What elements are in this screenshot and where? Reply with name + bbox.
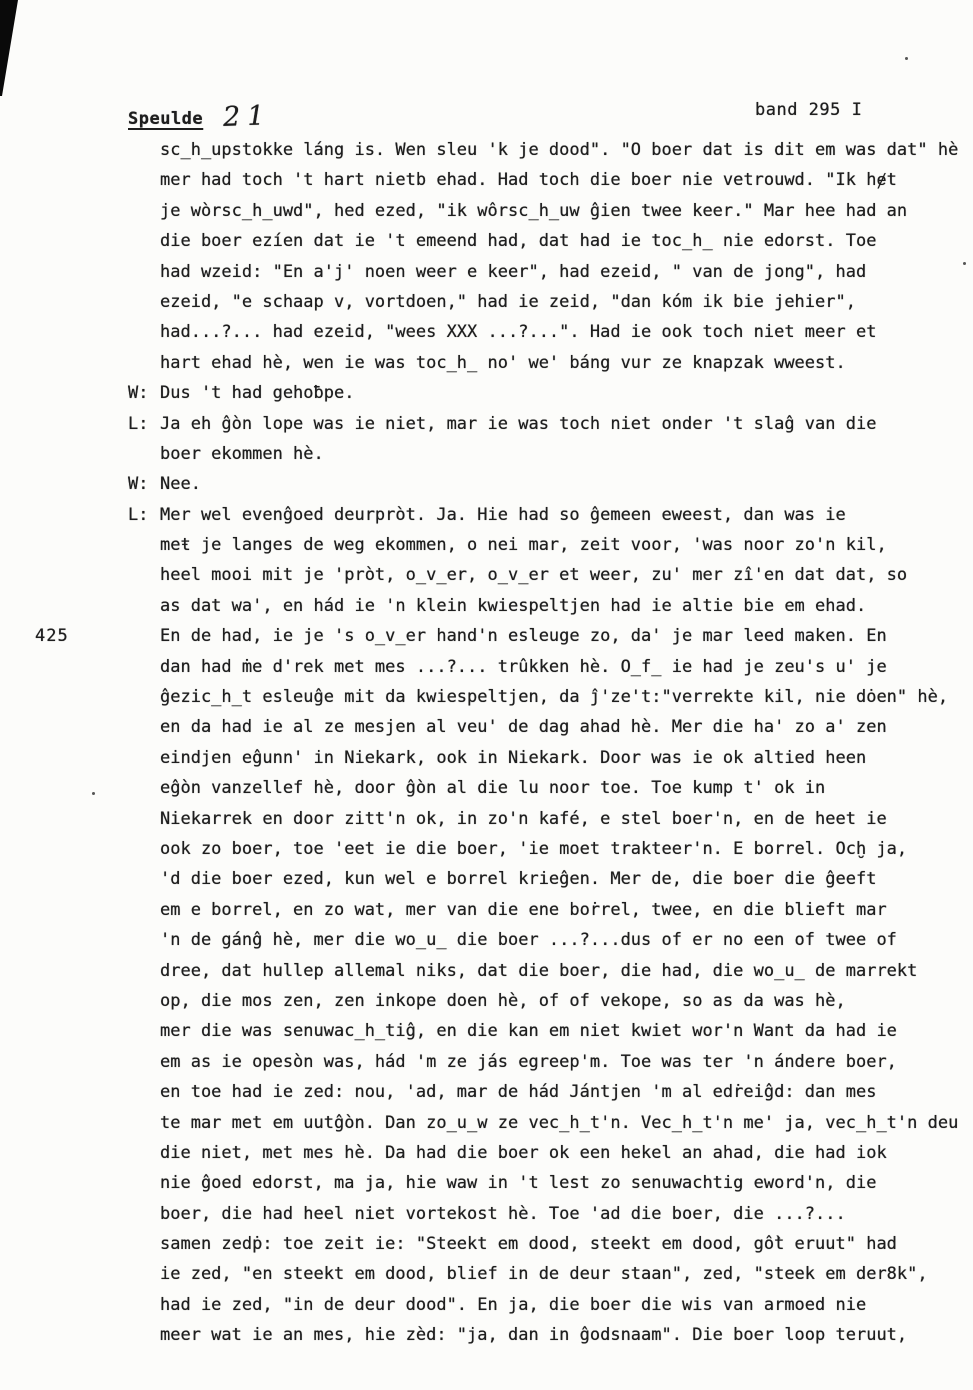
speaker-turn: L:Mer wel evenĝoed deurpròt. Ja. Hie had… [128, 500, 973, 1351]
line-text: had wzeid: "En a'j' noen weer e keer", h… [160, 262, 866, 282]
transcript-line: en da had ie al ze mesjen al veu' de dag… [128, 712, 973, 742]
transcript-line: te mar met em uutĝòn. Dan zo̲u̲w ze vec̲… [128, 1108, 973, 1138]
line-text: Nee. [160, 474, 201, 494]
line-text: op, die mos zen, zen inkope doen hè, of … [160, 991, 846, 1011]
scan-speck [92, 792, 95, 795]
line-text: ĝezic̲h̲t esleuĝe mit da kwiespeltjen, d… [160, 687, 948, 707]
transcript-line: L:Mer wel evenĝoed deurpròt. Ja. Hie had… [128, 500, 973, 530]
transcript-line: W:Dus 't had gehoƀpe. [128, 378, 973, 408]
scan-speck [905, 57, 908, 60]
line-text: nie ĝoed edorst, ma ja, hie waw in 't le… [160, 1173, 876, 1193]
transcript-line: 'n de gánĝ hè, mer die wo̲u̲ die boer ..… [128, 925, 973, 955]
line-text: boer, die had heel niet vortekost hè. To… [160, 1204, 846, 1224]
scanned-document-page: Speulde21 band 295 I sc̲h̲upstokke láng … [0, 0, 973, 1390]
line-text: 'd die boer ezed, kun wel e borrel krieĝ… [160, 869, 876, 889]
margin-line-number: 425 [35, 621, 69, 651]
speaker-turn: L:Ja eh ĝòn lope was ie niet, mar ie was… [128, 409, 973, 470]
transcript-line: ie zed, "en steekt em dood, blief in de … [128, 1259, 973, 1289]
line-text: mer had toch 't hart nietb ehad. Had toc… [160, 170, 897, 190]
line-text: die niet, met mes hè. Da had die boer ok… [160, 1143, 887, 1163]
transcript-line: as dat wa', en hád ie 'n klein kwiespelt… [128, 591, 973, 621]
transcript-line: mer had toch 't hart nietb ehad. Had toc… [128, 165, 973, 195]
line-text: meer wat ie an mes, hie zèd: "ja, dan in… [160, 1325, 907, 1345]
line-text: em e borrel, en zo wat, mer van die ene … [160, 900, 887, 920]
transcript-line: 'd die boer ezed, kun wel e borrel krieĝ… [128, 864, 973, 894]
line-text: Mer wel evenĝoed deurpròt. Ja. Hie had s… [160, 505, 846, 525]
transcript-line: L:Ja eh ĝòn lope was ie niet, mar ie was… [128, 409, 973, 439]
line-text: eindjen eĝunn' in Niekark, ook in Niekar… [160, 748, 866, 768]
transcript-line: heel mooi mit je 'pròt, o̲v̲er, o̲v̲er e… [128, 560, 973, 590]
line-text: je wòrsc̲h̲uwd", hed ezed, "ik wôrsc̲h̲u… [160, 201, 907, 221]
transcript-line: meer wat ie an mes, hie zèd: "ja, dan in… [128, 1320, 973, 1350]
transcript-line: had ie zed, "in de deur dood". En ja, di… [128, 1290, 973, 1320]
header-page-number-handwritten: 21 [223, 100, 272, 133]
transcript-line: op, die mos zen, zen inkope doen hè, of … [128, 986, 973, 1016]
transcript-line: nie ĝoed edorst, ma ja, hie waw in 't le… [128, 1168, 973, 1198]
line-text: 'n de gánĝ hè, mer die wo̲u̲ die boer ..… [160, 930, 897, 950]
line-text: mer die was senuwac̲h̲tiĝ, en die kan em… [160, 1021, 897, 1041]
line-text: had ie zed, "in de deur dood". En ja, di… [160, 1295, 866, 1315]
line-text: heel mooi mit je 'pròt, o̲v̲er, o̲v̲er e… [160, 565, 907, 585]
line-text: eĝòn vanzellef hè, door ĝòn al die lu no… [160, 778, 825, 798]
transcript-line: meŧ je langes de weg ekommen, o nei mar,… [128, 530, 973, 560]
transcript-line: 425En de had, ie je 's o̲v̲er hand'n esl… [128, 621, 973, 651]
line-text: te mar met em uutĝòn. Dan zo̲u̲w ze vec̲… [160, 1113, 958, 1133]
speaker-label: L: [128, 409, 148, 439]
transcript-line: em e borrel, en zo wat, mer van die ene … [128, 895, 973, 925]
line-text: en toe had ie zed: nou, 'ad, mar de hád … [160, 1082, 876, 1102]
line-text: had...?... had ezeid, "wees XXX ...?..."… [160, 322, 876, 342]
transcript-line: ezeid, "e schaap v, vortdoen," had ie ze… [128, 287, 973, 317]
line-text: ook zo boer, toe 'eet ie die boer, 'ie m… [160, 839, 907, 859]
line-text: dan had ṁe d'rek met mes ...?... trûkken… [160, 657, 887, 677]
transcript-line: had...?... had ezeid, "wees XXX ...?..."… [128, 317, 973, 347]
transcript-line: eĝòn vanzellef hè, door ĝòn al die lu no… [128, 773, 973, 803]
speaker-turn: W:Nee. [128, 469, 973, 499]
speaker-label: L: [128, 500, 148, 530]
line-text: em as ie opesòn was, hád 'm ze jás egree… [160, 1052, 897, 1072]
transcript-line: dree, dat hullep allemal niks, dat die b… [128, 956, 973, 986]
transcript-line: dan had ṁe d'rek met mes ...?... trûkken… [128, 652, 973, 682]
transcript-line: samen zedṗ: toe zeit ie: "Steekt em dood… [128, 1229, 973, 1259]
transcript-line: die niet, met mes hè. Da had die boer ok… [128, 1138, 973, 1168]
line-text: ezeid, "e schaap v, vortdoen," had ie ze… [160, 292, 856, 312]
transcript-line: had wzeid: "En a'j' noen weer e keer", h… [128, 257, 973, 287]
transcript-line: je wòrsc̲h̲uwd", hed ezed, "ik wôrsc̲h̲u… [128, 196, 973, 226]
header-band-label: band 295 I [755, 100, 862, 120]
header-location: Speulde [128, 109, 203, 129]
transcript-line: boer ekommen hè. [128, 439, 973, 469]
line-text: sc̲h̲upstokke láng is. Wen sleu 'k je do… [160, 140, 958, 160]
transcript-line: ook zo boer, toe 'eet ie die boer, 'ie m… [128, 834, 973, 864]
transcript: sc̲h̲upstokke láng is. Wen sleu 'k je do… [128, 135, 973, 1351]
page-header: Speulde21 band 295 I [128, 100, 963, 134]
transcript-line: eindjen eĝunn' in Niekark, ook in Niekar… [128, 743, 973, 773]
transcript-line: sc̲h̲upstokke láng is. Wen sleu 'k je do… [128, 135, 973, 165]
transcript-line: W:Nee. [128, 469, 973, 499]
line-text: En de had, ie je 's o̲v̲er hand'n esleug… [160, 626, 887, 646]
speaker-turn: W:Dus 't had gehoƀpe. [128, 378, 973, 408]
line-text: meŧ je langes de weg ekommen, o nei mar,… [160, 535, 887, 555]
speaker-label: W: [128, 378, 148, 408]
transcript-line: Niekarrek en door zitt'n ok, in zo'n kaf… [128, 804, 973, 834]
scan-edge-artifact [0, 0, 26, 96]
transcript-line: boer, die had heel niet vortekost hè. To… [128, 1199, 973, 1229]
transcript-line: die boer ezíen dat ie 't emeend had, dat… [128, 226, 973, 256]
line-text: hart ehad hè, wen ie was toc̲h̲ no' we' … [160, 353, 846, 373]
transcript-line: ĝezic̲h̲t esleuĝe mit da kwiespeltjen, d… [128, 682, 973, 712]
transcript-line: en toe had ie zed: nou, 'ad, mar de hád … [128, 1077, 973, 1107]
speaker-label: W: [128, 469, 148, 499]
speaker-turn: sc̲h̲upstokke láng is. Wen sleu 'k je do… [128, 135, 973, 378]
transcript-line: mer die was senuwac̲h̲tiĝ, en die kan em… [128, 1016, 973, 1046]
line-text: ie zed, "en steekt em dood, blief in de … [160, 1264, 928, 1284]
line-text: Ja eh ĝòn lope was ie niet, mar ie was t… [160, 414, 876, 434]
transcript-line: em as ie opesòn was, hád 'm ze jás egree… [128, 1047, 973, 1077]
line-text: dree, dat hullep allemal niks, dat die b… [160, 961, 917, 981]
line-text: Niekarrek en door zitt'n ok, in zo'n kaf… [160, 809, 887, 829]
line-text: Dus 't had gehoƀpe. [160, 383, 354, 403]
line-text: die boer ezíen dat ie 't emeend had, dat… [160, 231, 876, 251]
transcript-line: hart ehad hè, wen ie was toc̲h̲ no' we' … [128, 348, 973, 378]
line-text: boer ekommen hè. [160, 444, 324, 464]
line-text: en da had ie al ze mesjen al veu' de dag… [160, 717, 887, 737]
line-text: as dat wa', en hád ie 'n klein kwiespelt… [160, 596, 866, 616]
line-text: samen zedṗ: toe zeit ie: "Steekt em dood… [160, 1234, 897, 1254]
